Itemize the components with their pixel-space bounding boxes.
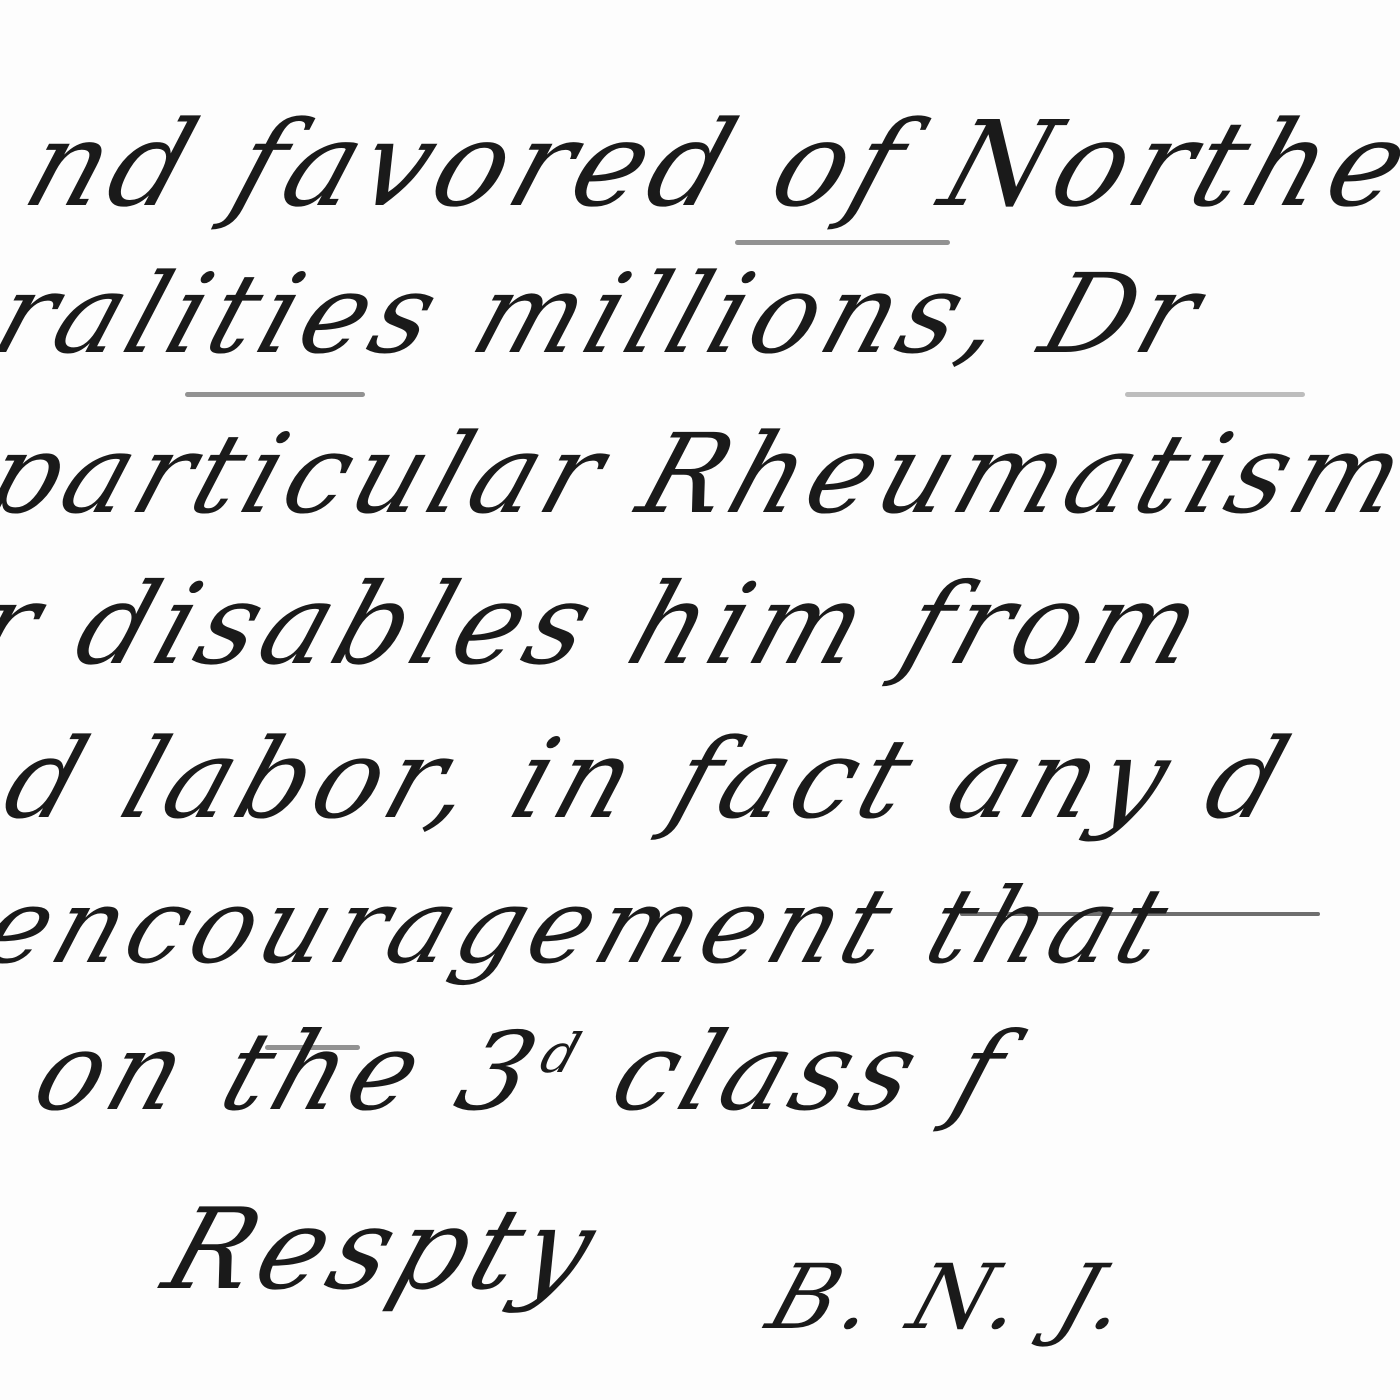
closing-line: Respty B. N. J. xyxy=(150,1185,1167,1315)
letter-line-2: ralities millions, Dr xyxy=(0,250,1221,378)
letter-line-3: particular Rheumatism xyxy=(0,410,1400,538)
signature-initials: B. N. J. xyxy=(756,1246,1148,1350)
letter-line-7-tail: class f xyxy=(557,1010,1025,1135)
closing-respectfully: Respty xyxy=(150,1185,616,1315)
overline-stroke xyxy=(735,240,950,245)
letter-line-6: encouragement that xyxy=(0,865,1188,987)
overline-stroke-right xyxy=(1125,392,1305,397)
letter-line-7: on the 3d class f xyxy=(20,1010,1025,1135)
underline-ralities xyxy=(185,392,365,397)
letter-line-7-text: on the 3 xyxy=(20,1010,557,1135)
letter-line-1: nd favored of Northern xyxy=(10,95,1400,233)
letter-line-5: d labor, in fact any d xyxy=(0,715,1309,843)
letter-line-4: r disables him from xyxy=(0,560,1222,690)
handwritten-letter-page: nd favored of Northern ralities millions… xyxy=(0,0,1400,1400)
